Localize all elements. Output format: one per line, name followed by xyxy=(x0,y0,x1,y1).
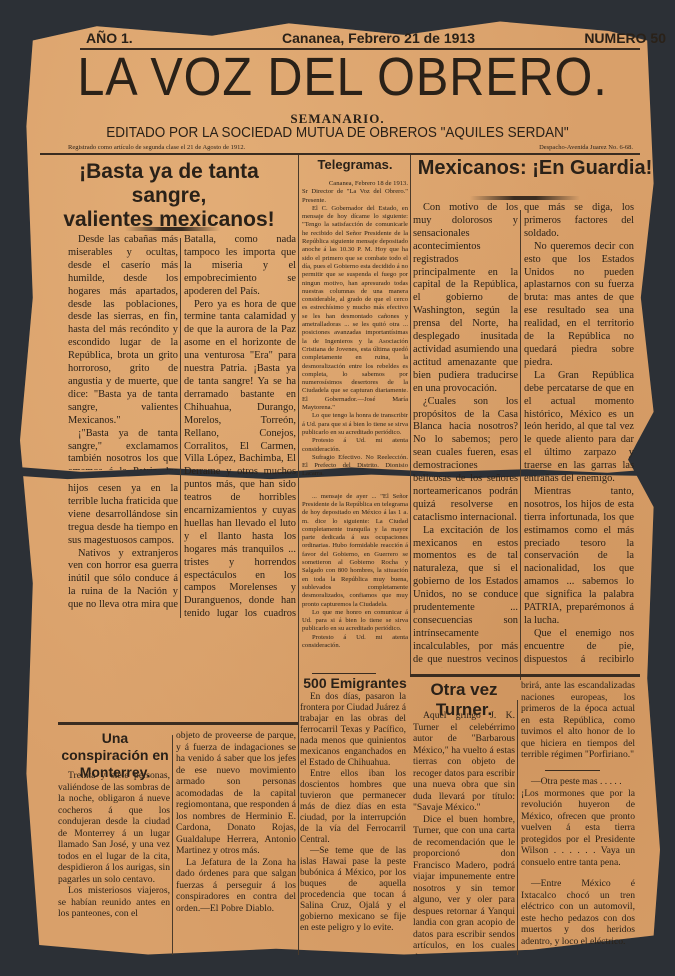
article-telegramas: Cananea, Febrero 18 de 1913. Sr Director… xyxy=(302,180,408,650)
section-rule xyxy=(58,722,298,725)
issue-number: NUMERO 50 xyxy=(584,30,666,46)
office-address: Despacho-Avenida Juarez No. 6-68. xyxy=(539,144,633,151)
article-monterrey-col1: Treinta y siete personas, valiéndose de … xyxy=(58,770,170,960)
header-row: AÑO 1. Cananea, Febrero 21 de 1913 NUMER… xyxy=(86,30,666,46)
article-title-telegramas: Telegramas. xyxy=(300,157,410,172)
masthead: LA VOZ DEL OBRERO. xyxy=(61,46,624,108)
article-basta-col2: Batalla, como nada tampoco les importa q… xyxy=(184,234,296,618)
section-rule xyxy=(312,673,376,674)
column-divider xyxy=(517,700,518,955)
article-title-emigrantes: 500 Emigrantes xyxy=(300,675,410,691)
article-title-guardia: Mexicanos: ¡En Guardia! xyxy=(410,157,660,180)
article-turner-col2: brirá, ante las escandalizadas naciones … xyxy=(521,680,635,770)
issue-year: AÑO 1. xyxy=(86,30,133,46)
issue-dateline: Cananea, Febrero 21 de 1913 xyxy=(282,30,475,46)
column-divider xyxy=(520,210,521,680)
column-divider xyxy=(410,155,411,675)
column-divider xyxy=(172,735,173,955)
article-peste: —Otra peste mas . . . . . ¡Los mormones … xyxy=(521,776,635,956)
registration-note: Registrado como artículo de segunda clas… xyxy=(68,144,245,151)
article-monterrey-col2: objeto de proveerse de parque, y á fuerz… xyxy=(176,730,296,960)
publisher-line: EDITADO POR LA SOCIEDAD MUTUA DE OBREROS… xyxy=(34,124,642,141)
article-guardia-col1: Con motivo de los muy dolorosos y sensac… xyxy=(413,202,518,668)
article-emigrantes: En dos días, pasaron la frontera por Ciu… xyxy=(300,692,406,947)
column-divider xyxy=(298,155,299,955)
article-turner-col1: Aquel gringo J. K. Turner el celebérrimo… xyxy=(413,710,515,955)
masthead-rule xyxy=(40,153,640,155)
article-basta-col1: Desde las cabañas más miserables y ocult… xyxy=(68,234,178,470)
column-divider xyxy=(180,238,181,618)
section-rule xyxy=(410,674,640,677)
article-title-basta: ¡Basta ya de tanta sangre, valientes mex… xyxy=(40,160,298,232)
article-guardia-col2: que más se diga, los primeros factores d… xyxy=(524,202,634,668)
article-basta-col1b: hijos cesen ya en la terrible lucha frat… xyxy=(68,483,178,613)
ornament-divider xyxy=(125,227,220,231)
ornament-divider xyxy=(470,196,580,200)
section-rule xyxy=(545,770,600,771)
